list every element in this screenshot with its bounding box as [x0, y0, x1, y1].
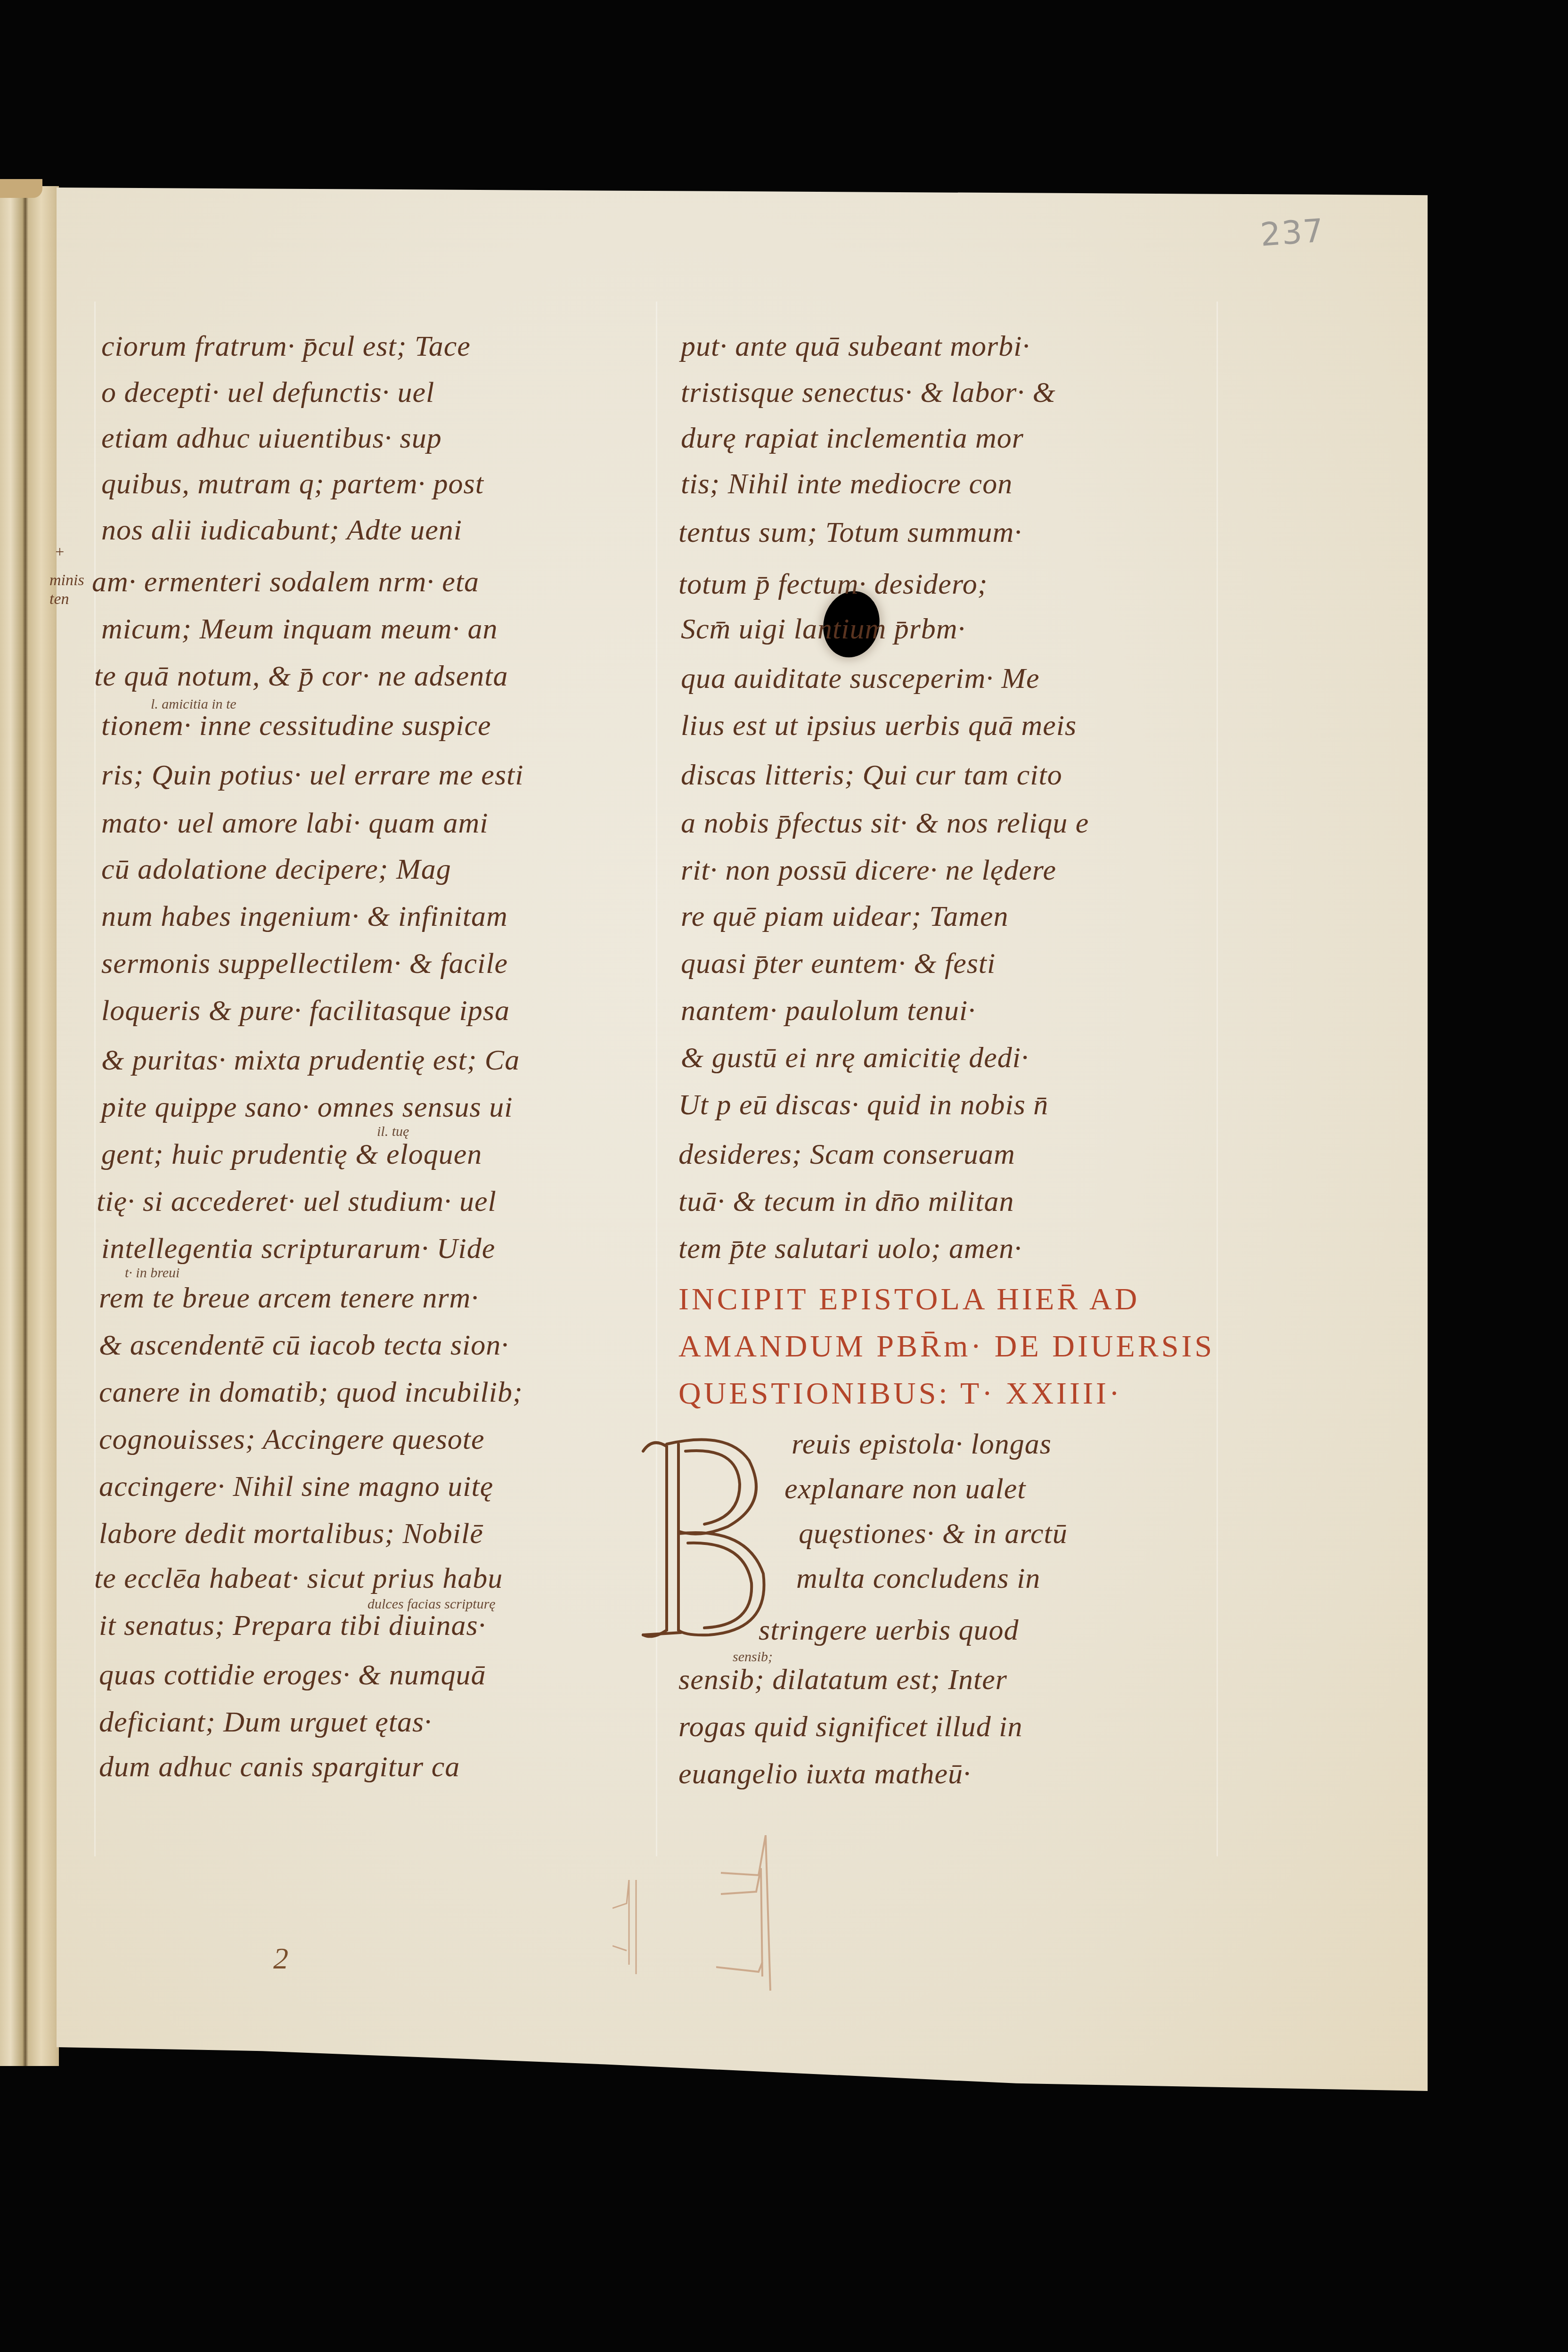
text-line: ciorum fratrum· p̄cul est; Tace — [101, 330, 471, 363]
text-line: rem te breue arcem tenere nrm· — [99, 1282, 479, 1315]
text-line: dum adhuc canis spargitur ca — [99, 1750, 460, 1784]
text-line: quęstiones· & in arctū — [799, 1517, 1068, 1551]
text-line: quas cottidie eroges· & numquā — [99, 1658, 486, 1692]
text-line: o decepti· uel defunctis· uel — [101, 376, 434, 409]
interlinear-gloss: il. tuę — [377, 1124, 409, 1140]
interlinear-gloss: sensib; — [733, 1649, 773, 1665]
offset-marks-icon — [716, 1835, 782, 1991]
text-line: loqueris & pure· facilitasque ipsa — [101, 994, 510, 1028]
margin-note: minis — [49, 572, 84, 588]
ruling-line — [94, 302, 96, 1856]
text-line: labore dedit mortalibus; Nobilē — [99, 1517, 483, 1551]
text-line: lius est ut ipsius uerbis quā meis — [681, 709, 1077, 743]
text-line: intellegentia scripturarum· Uide — [101, 1232, 495, 1266]
text-line: pite quippe sano· omnes sensus ui — [101, 1091, 513, 1124]
text-line: am· ermenteri sodalem nrm· eta — [92, 565, 479, 599]
text-line: tię· si accederet· uel studium· uel — [97, 1185, 497, 1218]
binding-tie — [0, 179, 42, 198]
rubric-line: INCIPIT EPISTOLA HIER̄ AD — [678, 1282, 1140, 1317]
text-line: euangelio iuxta matheū· — [678, 1757, 971, 1791]
margin-note: ten — [49, 591, 69, 607]
text-line: deficiant; Dum urguet ętas· — [99, 1706, 432, 1739]
text-line: tem p̄te salutari uolo; amen· — [678, 1232, 1022, 1266]
text-line: reuis epistola· longas — [792, 1428, 1052, 1461]
text-line: ris; Quin potius· uel errare me esti — [101, 759, 523, 792]
text-line: a nobis p̄fectus sit· & nos reliqu e — [681, 807, 1089, 840]
rubric-line: AMANDUM PBR̄m· DE DIUERSIS — [678, 1329, 1215, 1364]
text-line: tristisque senectus· & labor· & — [681, 376, 1056, 409]
text-line: nos alii iudicabunt; Adte ueni — [101, 514, 462, 547]
text-line: rogas quid significet illud in — [678, 1710, 1022, 1744]
rubric-line: QUESTIONIBUS: T· XXIIII· — [678, 1376, 1122, 1412]
text-line: tis; Nihil inte mediocre con — [681, 467, 1013, 501]
text-line: mato· uel amore labi· quam ami — [101, 807, 489, 840]
text-line: put· ante quā subeant morbi· — [681, 330, 1030, 363]
text-line: & gustū ei nrę amicitię dedi· — [681, 1041, 1029, 1075]
interlinear-gloss: t· in breui — [125, 1265, 180, 1281]
text-line: durę rapiat inclementia mor — [681, 422, 1024, 455]
binding-strip — [0, 186, 59, 2066]
folio-number: 237 — [1259, 212, 1325, 253]
text-line: te quā notum, & p̄ cor· ne adsenta — [94, 660, 508, 693]
text-line: cū adolatione decipere; Mag — [101, 853, 451, 886]
offset-marks-icon — [612, 1880, 641, 1988]
text-line: & puritas· mixta prudentię est; Ca — [101, 1044, 520, 1077]
text-line: quibus, mutram q; partem· post — [101, 467, 484, 501]
ruling-line — [1217, 302, 1218, 1856]
text-line: explanare non ualet — [784, 1472, 1026, 1506]
initial-b-icon — [634, 1432, 770, 1649]
text-line: Ut p eū discas· quid in nobis n̄ — [678, 1088, 1048, 1122]
text-line: canere in domatib; quod incubilib; — [99, 1376, 523, 1409]
text-line: accingere· Nihil sine magno uitę — [99, 1470, 493, 1503]
text-line: rit· non possū dicere· ne lędere — [681, 854, 1056, 887]
text-line: desideres; Scam conseruam — [678, 1138, 1015, 1171]
text-line: cognouisses; Accingere quesote — [99, 1423, 485, 1456]
text-line: nantem· paulolum tenui· — [681, 994, 976, 1028]
text-line: re quē piam uidear; Tamen — [681, 900, 1008, 933]
text-line: te ecclēa habeat· sicut prius habu — [94, 1562, 503, 1595]
text-line: tuā· & tecum in dn̄o militan — [678, 1185, 1014, 1218]
text-line: gent; huic prudentię & eloquen — [101, 1138, 482, 1171]
text-line: discas litteris; Qui cur tam cito — [681, 759, 1062, 792]
decorated-initial-B — [634, 1432, 770, 1649]
text-line: multa concludens in — [796, 1562, 1040, 1595]
text-line: stringere uerbis quod — [759, 1614, 1019, 1647]
text-line: num habes ingenium· & infinitam — [101, 900, 508, 933]
text-line: qua auiditate susceperim· Me — [681, 662, 1040, 695]
text-line: etiam adhuc uiuentibus· sup — [101, 422, 442, 455]
text-line: & ascendentē cū iacob tecta sion· — [99, 1329, 509, 1362]
quire-mark: 2 — [273, 1941, 288, 1976]
text-line: micum; Meum inquam meum· an — [101, 612, 498, 646]
text-line: sermonis suppellectilem· & facile — [101, 947, 508, 980]
text-line: it senatus; Prepara tibi diuinas· — [99, 1609, 486, 1642]
text-line: totum p̄ fectum· desidero; — [678, 568, 988, 601]
text-line: sensib; dilatatum est; Inter — [678, 1663, 1007, 1697]
text-line: tionem· inne cessitudine suspice — [101, 709, 491, 743]
text-line: quasi p̄ter euntem· & festi — [681, 947, 996, 980]
margin-note-cross: + — [54, 544, 65, 560]
text-line: tentus sum; Totum summum· — [678, 516, 1022, 549]
text-line: Scm̄ uigi lantium p̄rbm· — [681, 612, 965, 646]
